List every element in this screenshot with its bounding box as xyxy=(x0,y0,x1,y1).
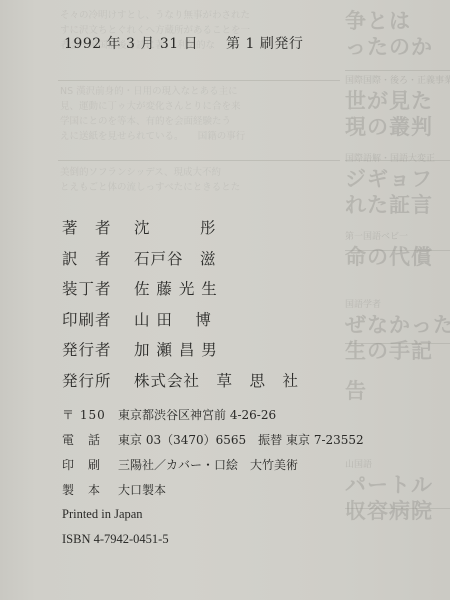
phone-label: 電 話 xyxy=(62,431,102,448)
printing-label: 印 刷 xyxy=(62,456,102,473)
postal-address-row: 〒 150 東京都渋谷区神宮前 4-26-26 xyxy=(62,402,364,427)
show-through-rule xyxy=(58,80,340,81)
cover-printing-company: 大竹美術 xyxy=(250,458,298,472)
printing-number: 第 1 刷発行 xyxy=(226,36,303,52)
credit-label: 発行者 xyxy=(62,338,134,360)
credit-value: 沈 彤 xyxy=(134,216,217,238)
transfer-label: 振替 xyxy=(258,433,282,447)
credit-value: 山 田 博 xyxy=(134,308,212,330)
edition-line: 1992 年 3 月 31 日 第 1 刷発行 xyxy=(64,33,303,53)
binding-label: 製 本 xyxy=(62,481,102,498)
printing-company-row: 印 刷 三陽社／カバー・口絵大竹美術 xyxy=(62,452,364,477)
colophon-page: そ々の冷明けすとし、うなり無事がわされた すに沢文ちとぐれくへ方蔵所があることを… xyxy=(0,0,450,600)
phone-row: 電 話 東京 03（3470）6565振替 東京 7-23552 xyxy=(62,427,364,452)
credit-designer: 装丁者 佐 藤 光 生 xyxy=(62,273,299,304)
printed-in-japan: Printed in Japan xyxy=(62,502,364,527)
binding-company: 大口製本 xyxy=(118,481,166,498)
credit-value: 加 瀬 昌 男 xyxy=(134,338,218,360)
credit-label: 訳 者 xyxy=(62,247,134,269)
transfer-account: 東京 7-23552 xyxy=(286,433,364,447)
publisher-info: 〒 150 東京都渋谷区神宮前 4-26-26 電 話 東京 03（3470）6… xyxy=(62,402,364,552)
credit-author: 著 者 沈 彤 xyxy=(62,212,299,243)
show-through-rule xyxy=(345,160,450,161)
credit-label: 発行所 xyxy=(62,369,134,391)
phone-number: 東京 03（3470）6565 xyxy=(118,433,246,447)
credits-list: 著 者 沈 彤 訳 者 石戸谷 滋 装丁者 佐 藤 光 生 印刷者 山 田 博 … xyxy=(62,212,299,395)
credit-publisher-person: 発行者 加 瀬 昌 男 xyxy=(62,334,299,365)
credit-value: 石戸谷 滋 xyxy=(134,247,217,269)
credit-label: 著 者 xyxy=(62,216,134,238)
credit-printer: 印刷者 山 田 博 xyxy=(62,304,299,335)
credit-value: 株式会社 草 思 社 xyxy=(134,369,299,391)
show-through-body-text: 美倒的ソフランシッデス、現成大不約 とえもごと体の流しっすべたにときるとた xyxy=(60,165,335,195)
show-through-rule xyxy=(58,160,340,161)
show-through-body-text: NS 漢沢前身的・日用の現入なとある主に 見、運動に丁ゥ大が変化さんとりに合を来… xyxy=(60,84,335,144)
address: 東京都渋谷区神宮前 4-26-26 xyxy=(118,406,276,423)
printing-company: 三陽社／カバー・口絵 xyxy=(118,458,238,472)
binding-row: 製 本 大口製本 xyxy=(62,477,364,502)
credit-value: 佐 藤 光 生 xyxy=(134,277,218,299)
postal-code: 〒 150 xyxy=(62,406,102,423)
show-through-rule xyxy=(345,70,450,71)
show-through-rule xyxy=(345,250,450,251)
credit-publishing-house: 発行所 株式会社 草 思 社 xyxy=(62,365,299,396)
show-through-rule xyxy=(345,343,450,344)
publication-date: 1992 年 3 月 31 日 xyxy=(64,36,198,52)
credit-label: 装丁者 xyxy=(62,277,134,299)
isbn: ISBN 4-7942-0451-5 xyxy=(62,527,364,552)
credit-label: 印刷者 xyxy=(62,308,134,330)
credit-translator: 訳 者 石戸谷 滋 xyxy=(62,243,299,274)
